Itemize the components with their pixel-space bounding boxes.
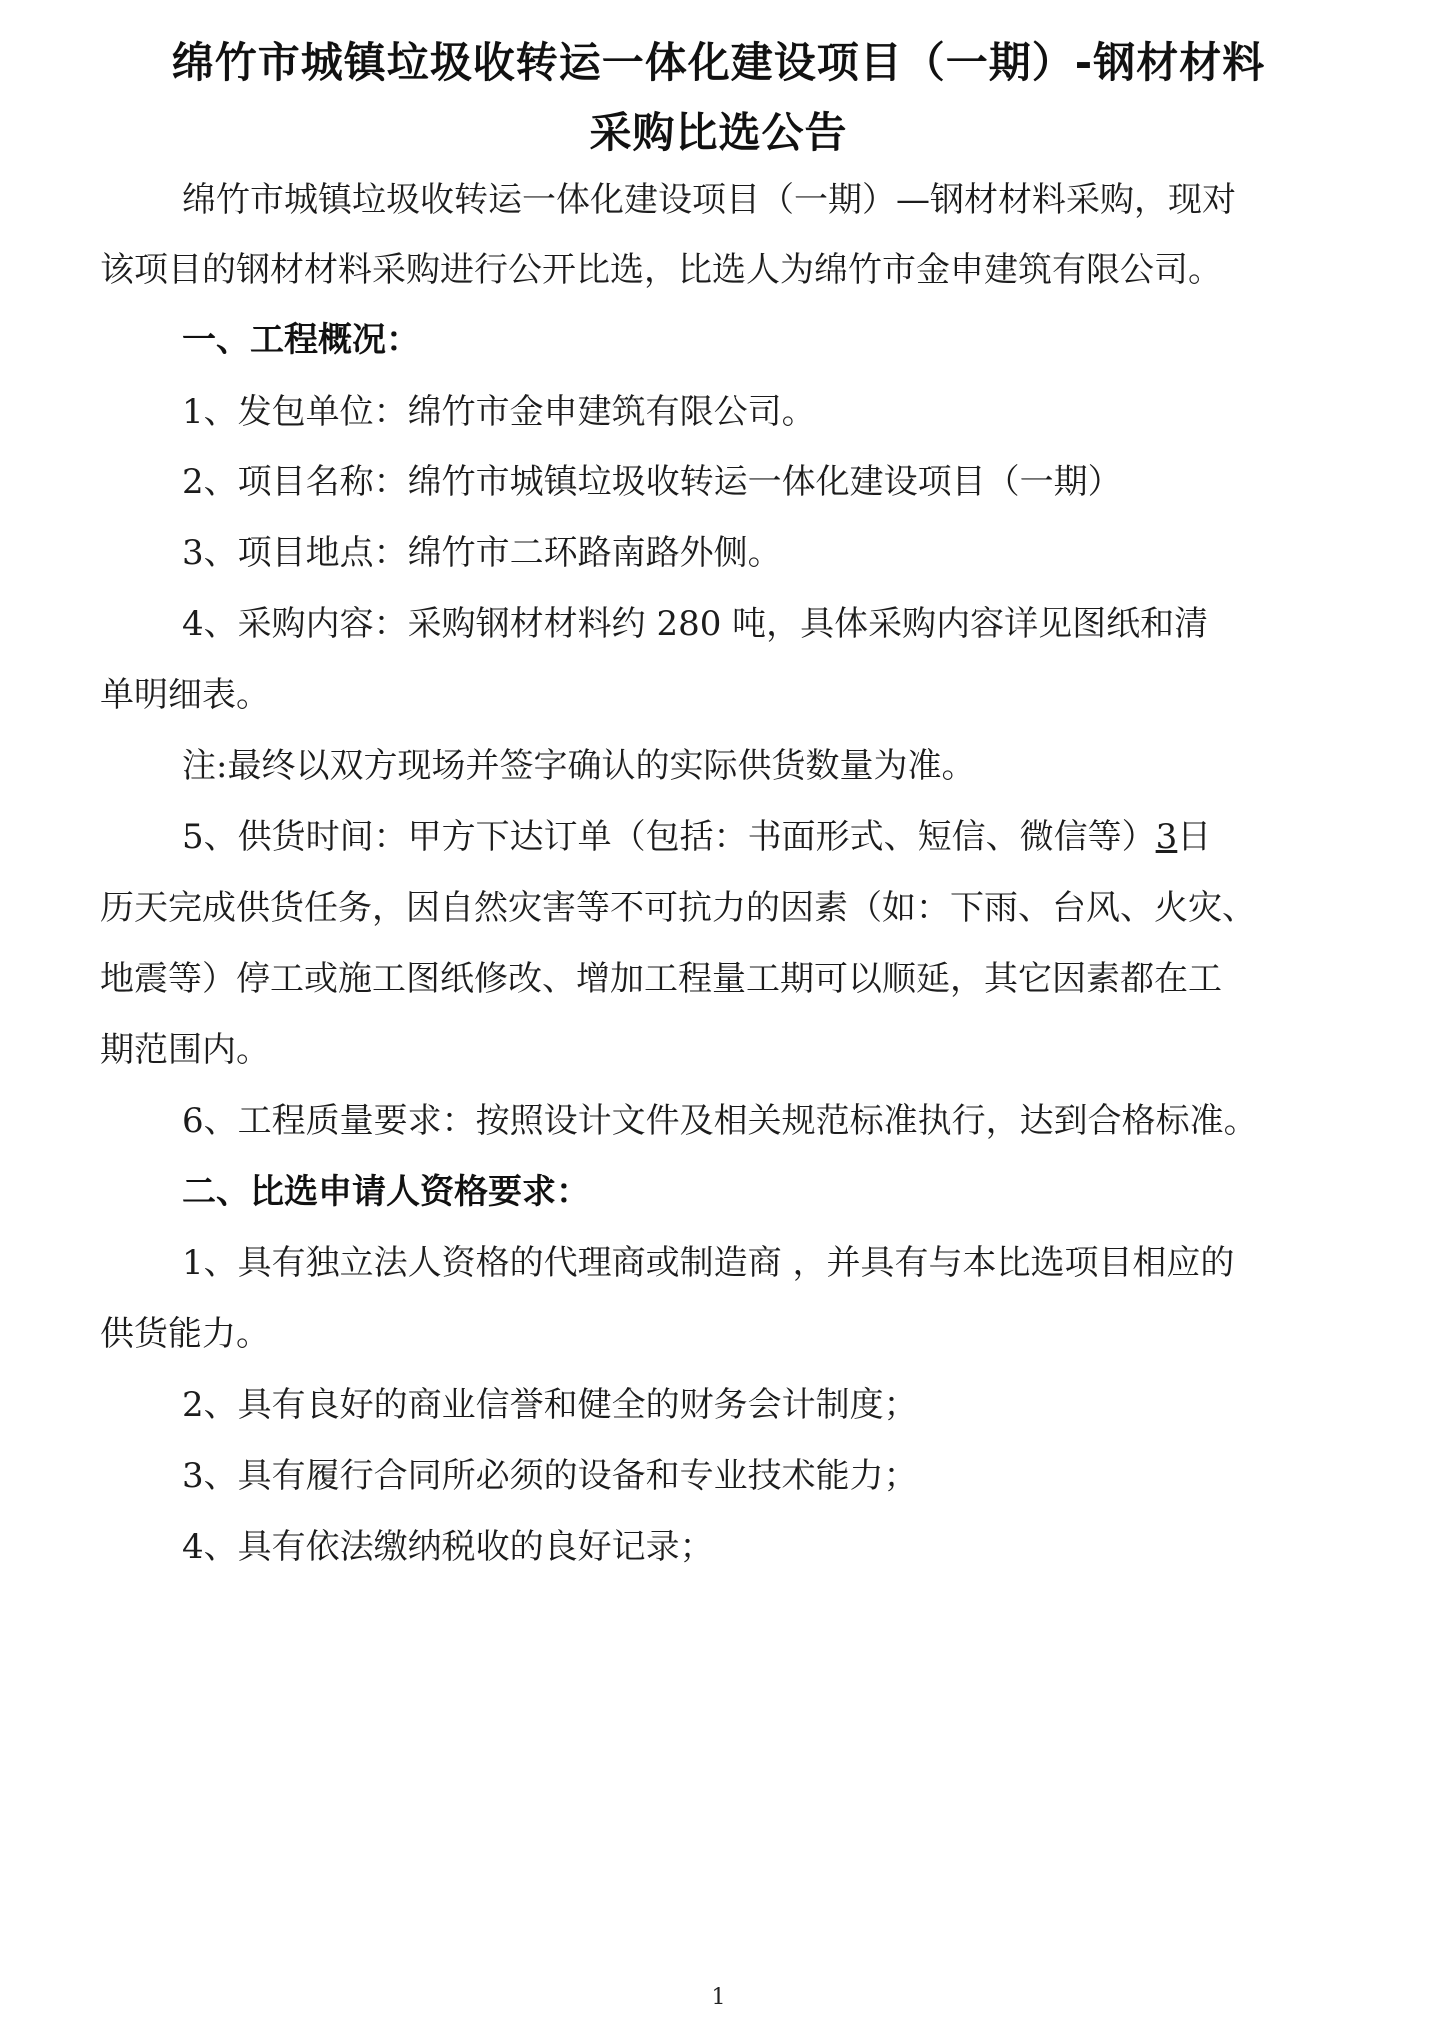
document-page: 绵竹市城镇垃圾收转运一体化建设项目（一期）-钢材材料 采购比选公告 绵竹市城镇垃… — [0, 0, 1437, 2021]
item-5-unit: 日 — [1177, 817, 1211, 857]
section-1-item-4-line-2: 单明细表。 — [100, 675, 270, 715]
section-1-heading: 一、工程概况： — [182, 320, 420, 360]
item-5-text: 5、供货时间：甲方下达订单（包括：书面形式、短信、微信等） — [182, 817, 1156, 857]
section-1-item-5-line-4: 期范围内。 — [100, 1030, 270, 1070]
document-title-line1: 绵竹市城镇垃圾收转运一体化建设项目（一期）-钢材材料 — [0, 30, 1437, 90]
section-2-item-1-line-2: 供货能力。 — [100, 1314, 270, 1354]
section-2-item-3: 3、具有履行合同所必须的设备和专业技术能力； — [182, 1456, 918, 1496]
section-1-item-5-line-2: 历天完成供货任务，因自然灾害等不可抗力的因素（如：下雨、台风、火灾、 — [100, 888, 1256, 928]
page-number: 1 — [0, 1985, 1437, 2010]
section-2-heading: 二、比选申请人资格要求： — [182, 1172, 590, 1212]
section-1-item-1: 1、发包单位：绵竹市金申建筑有限公司。 — [182, 392, 816, 432]
section-1-item-3: 3、项目地点：绵竹市二环路南路外侧。 — [182, 533, 782, 573]
intro-line-2: 该项目的钢材材料采购进行公开比选，比选人为绵竹市金申建筑有限公司。 — [100, 250, 1222, 290]
intro-line-1: 绵竹市城镇垃圾收转运一体化建设项目（一期）—钢材材料采购，现对 — [182, 180, 1236, 220]
section-1-item-5-line-3: 地震等）停工或施工图纸修改、增加工程量工期可以顺延，其它因素都在工 — [100, 959, 1222, 999]
section-1-item-4-line-1: 4、采购内容：采购钢材材料约 280 吨，具体采购内容详见图纸和清 — [182, 604, 1208, 644]
section-2-item-1-line-1: 1、具有独立法人资格的代理商或制造商 ，并具有与本比选项目相应的 — [182, 1243, 1234, 1283]
delivery-days-value: 3 — [1156, 817, 1178, 857]
document-title-line2: 采购比选公告 — [0, 100, 1437, 160]
section-1-item-6: 6、工程质量要求：按照设计文件及相关规范标准执行，达到合格标准。 — [182, 1101, 1258, 1141]
section-2-item-4: 4、具有依法缴纳税收的良好记录； — [182, 1527, 714, 1567]
section-1-item-5-line-1: 5、供货时间：甲方下达订单（包括：书面形式、短信、微信等）3日 — [182, 817, 1211, 857]
section-1-note: 注:最终以双方现场并签字确认的实际供货数量为准。 — [182, 746, 975, 786]
section-1-item-2: 2、项目名称：绵竹市城镇垃圾收转运一体化建设项目（一期） — [182, 462, 1122, 502]
section-2-item-2: 2、具有良好的商业信誉和健全的财务会计制度； — [182, 1385, 918, 1425]
